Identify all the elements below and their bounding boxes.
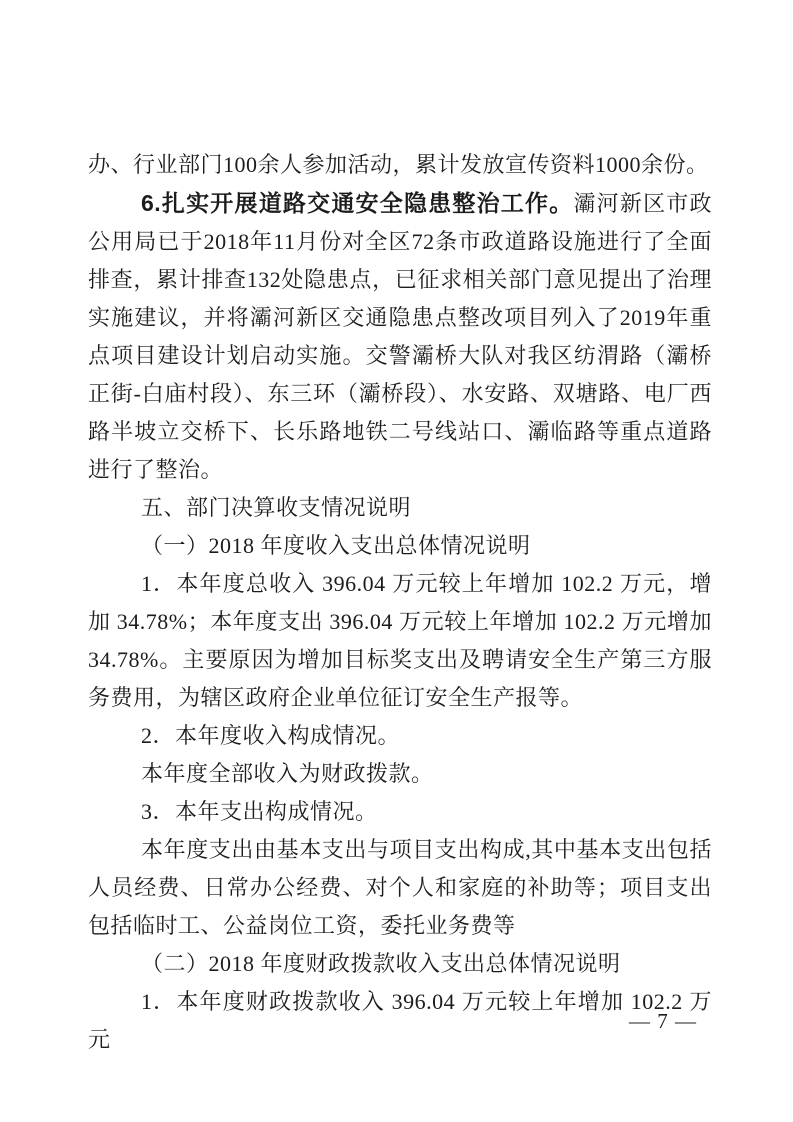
section-heading-5: 五、部门决算收支情况说明 [88,489,712,527]
paragraph-continuation: 办、行业部门100余人参加活动，累计发放宣传资料1000余份。 [88,146,712,184]
paragraph-expense-composition-heading: 3．本年支出构成情况。 [88,793,712,831]
paragraph-income-composition: 本年度全部收入为财政拨款。 [88,755,712,793]
paragraph-fiscal-appropriation: 1．本年度财政拨款收入 396.04 万元较上年增加 102.2 万元 [88,983,712,1059]
subsection-heading-2: （二）2018 年度财政拨款收入支出总体情况说明 [88,945,712,983]
paragraph-income-expense-total: 1．本年度总收入 396.04 万元较上年增加 102.2 万元，增加 34.7… [88,565,712,717]
paragraph-item-6-text: 灞河新区市政公用局已于2018年11月份对全区72条市政道路设施进行了全面排查，… [88,191,712,482]
paragraph-expense-composition: 本年度支出由基本支出与项目支出构成,其中基本支出包括人员经费、日常办公经费、对个… [88,831,712,945]
paragraph-income-composition-heading: 2．本年度收入构成情况。 [88,717,712,755]
page-number: — 7 — [629,1008,697,1034]
paragraph-item-6: 6.扎实开展道路交通安全隐患整治工作。灞河新区市政公用局已于2018年11月份对… [88,184,712,489]
paragraph-item-6-bold-heading: 6.扎实开展道路交通安全隐患整治工作。 [141,190,573,216]
subsection-heading-1: （一）2018 年度收入支出总体情况说明 [88,527,712,565]
document-page: 办、行业部门100余人参加活动，累计发放宣传资料1000余份。 6.扎实开展道路… [0,0,793,1122]
document-body: 办、行业部门100余人参加活动，累计发放宣传资料1000余份。 6.扎实开展道路… [88,146,712,1059]
